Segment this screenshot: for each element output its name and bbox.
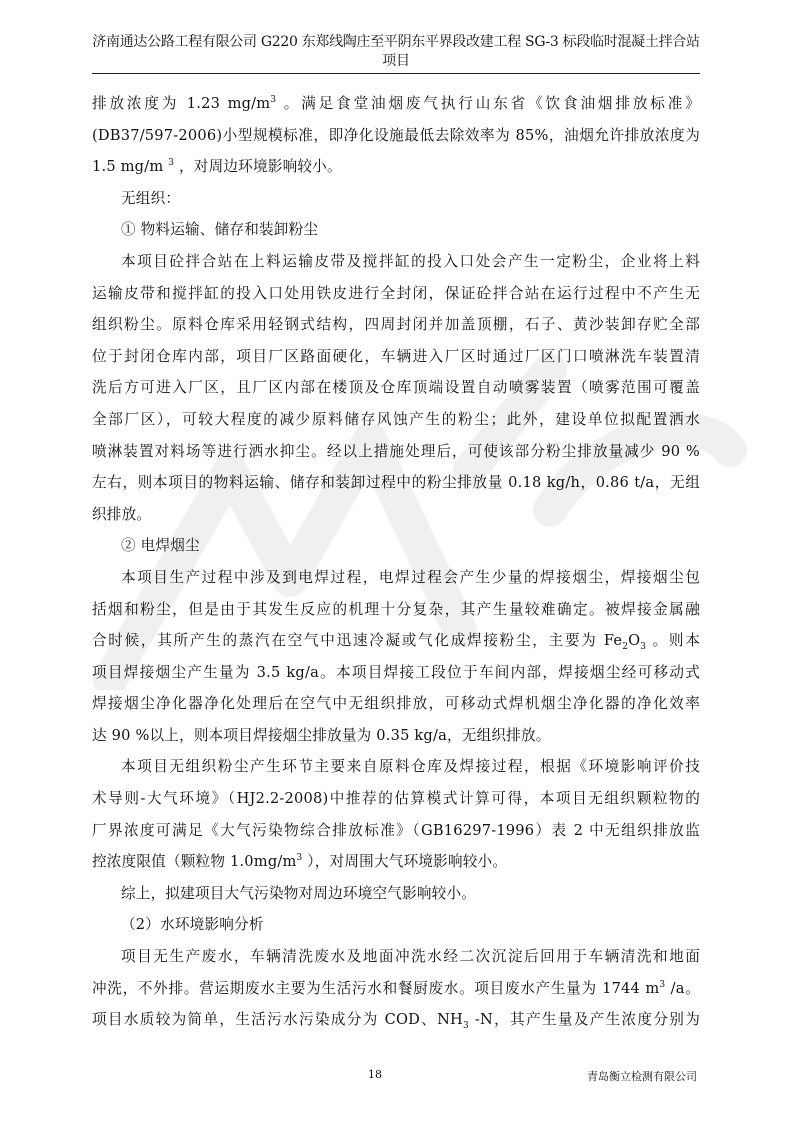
text-line: 全部厂区），可较大程度的减少原料储存风蚀产生的粉尘；此外，建设单位拟配置洒水 xyxy=(92,404,700,436)
text-line: 左右，则本项目的物料运输、储存和装卸过程中的粉尘排放量 0.18 kg/h，0.… xyxy=(92,467,700,499)
text-line: 排放浓度为 1.23 mg/m3 。满足食堂油烟废气执行山东省《饮食油烟排放标准… xyxy=(92,88,700,120)
text-line: 运输皮带和搅拌缸的投入口处用铁皮进行全封闭，保证砼拌合站在运行过程中不产生无 xyxy=(92,278,700,310)
text-line: 项目水质较为简单，生活污水污染成分为 COD、NH3 -N，其产生量及产生浓度分… xyxy=(92,1004,700,1036)
text-line: 合时候，其所产生的蒸汽在空气中迅速冷凝或气化成焊接粉尘，主要为 Fe2O3 。则… xyxy=(92,625,700,657)
text-line: 厂界浓度可满足《大气污染物综合排放标准》（GB16297-1996）表 2 中无… xyxy=(92,815,700,847)
text-line: 1.5 mg/m 3 ，对周边环境影响较小。 xyxy=(92,151,700,183)
text-line: 本项目生产过程中涉及到电焊过程，电焊过程会产生少量的焊接烟尘，焊接烟尘包 xyxy=(92,562,700,594)
text-line: 焊接烟尘净化器净化处理后在空气中无组织排放，可移动式焊机烟尘净化器的净化效率 xyxy=(92,688,700,720)
header-divider xyxy=(92,73,700,74)
text-line: 达 90 %以上，则本项目焊接烟尘排放量为 0.35 kg/a，无组织排放。 xyxy=(92,720,700,752)
text-line: 喷淋装置对料场等进行洒水抑尘。经以上措施处理后，可使该部分粉尘排放量减少 90 … xyxy=(92,436,700,468)
text-line: (DB37/597-2006)小型规模标准，即净化设施最低去除效率为 85%，油… xyxy=(92,120,700,152)
text-line: 组织粉尘。原料仓库采用轻钢式结构，四周封闭并加盖顶棚，石子、黄沙装卸存贮全部 xyxy=(92,309,700,341)
text-line: 冲洗，不外排。营运期废水主要为生活污水和餐厨废水。项目废水产生量为 1744 m… xyxy=(92,973,700,1005)
text-line: 洗后方可进入厂区，且厂区内部在楼顶及仓库顶端设置自动喷雾装置（喷雾范围可覆盖 xyxy=(92,372,700,404)
title-line-1: 济南通达公路工程有限公司 G220 东郑线陶庄至平阴东平界段改建工程 SG-3 … xyxy=(92,33,700,52)
text-line: 括烟和粉尘，但是由于其发生反应的机理十分复杂，其产生量较难确定。被焊接金属融 xyxy=(92,594,700,626)
text-line: 控浓度限值（颗粒物 1.0mg/m3 ），对周围大气环境影响较小。 xyxy=(92,846,700,878)
subsection-heading: ② 电焊烟尘 xyxy=(92,530,700,562)
text-line: 项目焊接烟尘产生量为 3.5 kg/a。本项目焊接工段位于车间内部，焊接烟尘经可… xyxy=(92,657,700,689)
footer-company-name: 青岛衡立检测有限公司 xyxy=(587,1068,697,1084)
text-line: 术导则-大气环境》（HJ2.2-2008)中推荐的估算模式计算可得，本项目无组织… xyxy=(92,783,700,815)
document-body: 排放浓度为 1.23 mg/m3 。满足食堂油烟废气执行山东省《饮食油烟排放标准… xyxy=(92,88,700,1036)
section-heading: （2）水环境影响分析 xyxy=(92,909,700,941)
text-line: 本项目无组织粉尘产生环节主要来自原料仓库及焊接过程，根据《环境影响评价技 xyxy=(92,751,700,783)
section-heading: 无组织： xyxy=(92,183,700,215)
text-line: 本项目砼拌合站在上料运输皮带及搅拌缸的投入口处会产生一定粉尘，企业将上料 xyxy=(92,246,700,278)
text-line: 织排放。 xyxy=(92,499,700,531)
title-line-2: 项目 xyxy=(92,52,700,71)
text-line: 综上，拟建项目大气污染物对周边环境空气影响较小。 xyxy=(92,878,700,910)
text-line: 项目无生产废水，车辆清洗废水及地面冲洗水经二次沉淀后回用于车辆清洗和地面 xyxy=(92,941,700,973)
page-number: 18 xyxy=(360,1068,390,1081)
text-line: 位于封闭仓库内部，项目厂区路面硬化，车辆进入厂区时通过厂区门口喷淋洗车装置清 xyxy=(92,341,700,373)
document-title: 济南通达公路工程有限公司 G220 东郑线陶庄至平阴东平界段改建工程 SG-3 … xyxy=(92,33,700,71)
subsection-heading: ① 物料运输、储存和装卸粉尘 xyxy=(92,214,700,246)
